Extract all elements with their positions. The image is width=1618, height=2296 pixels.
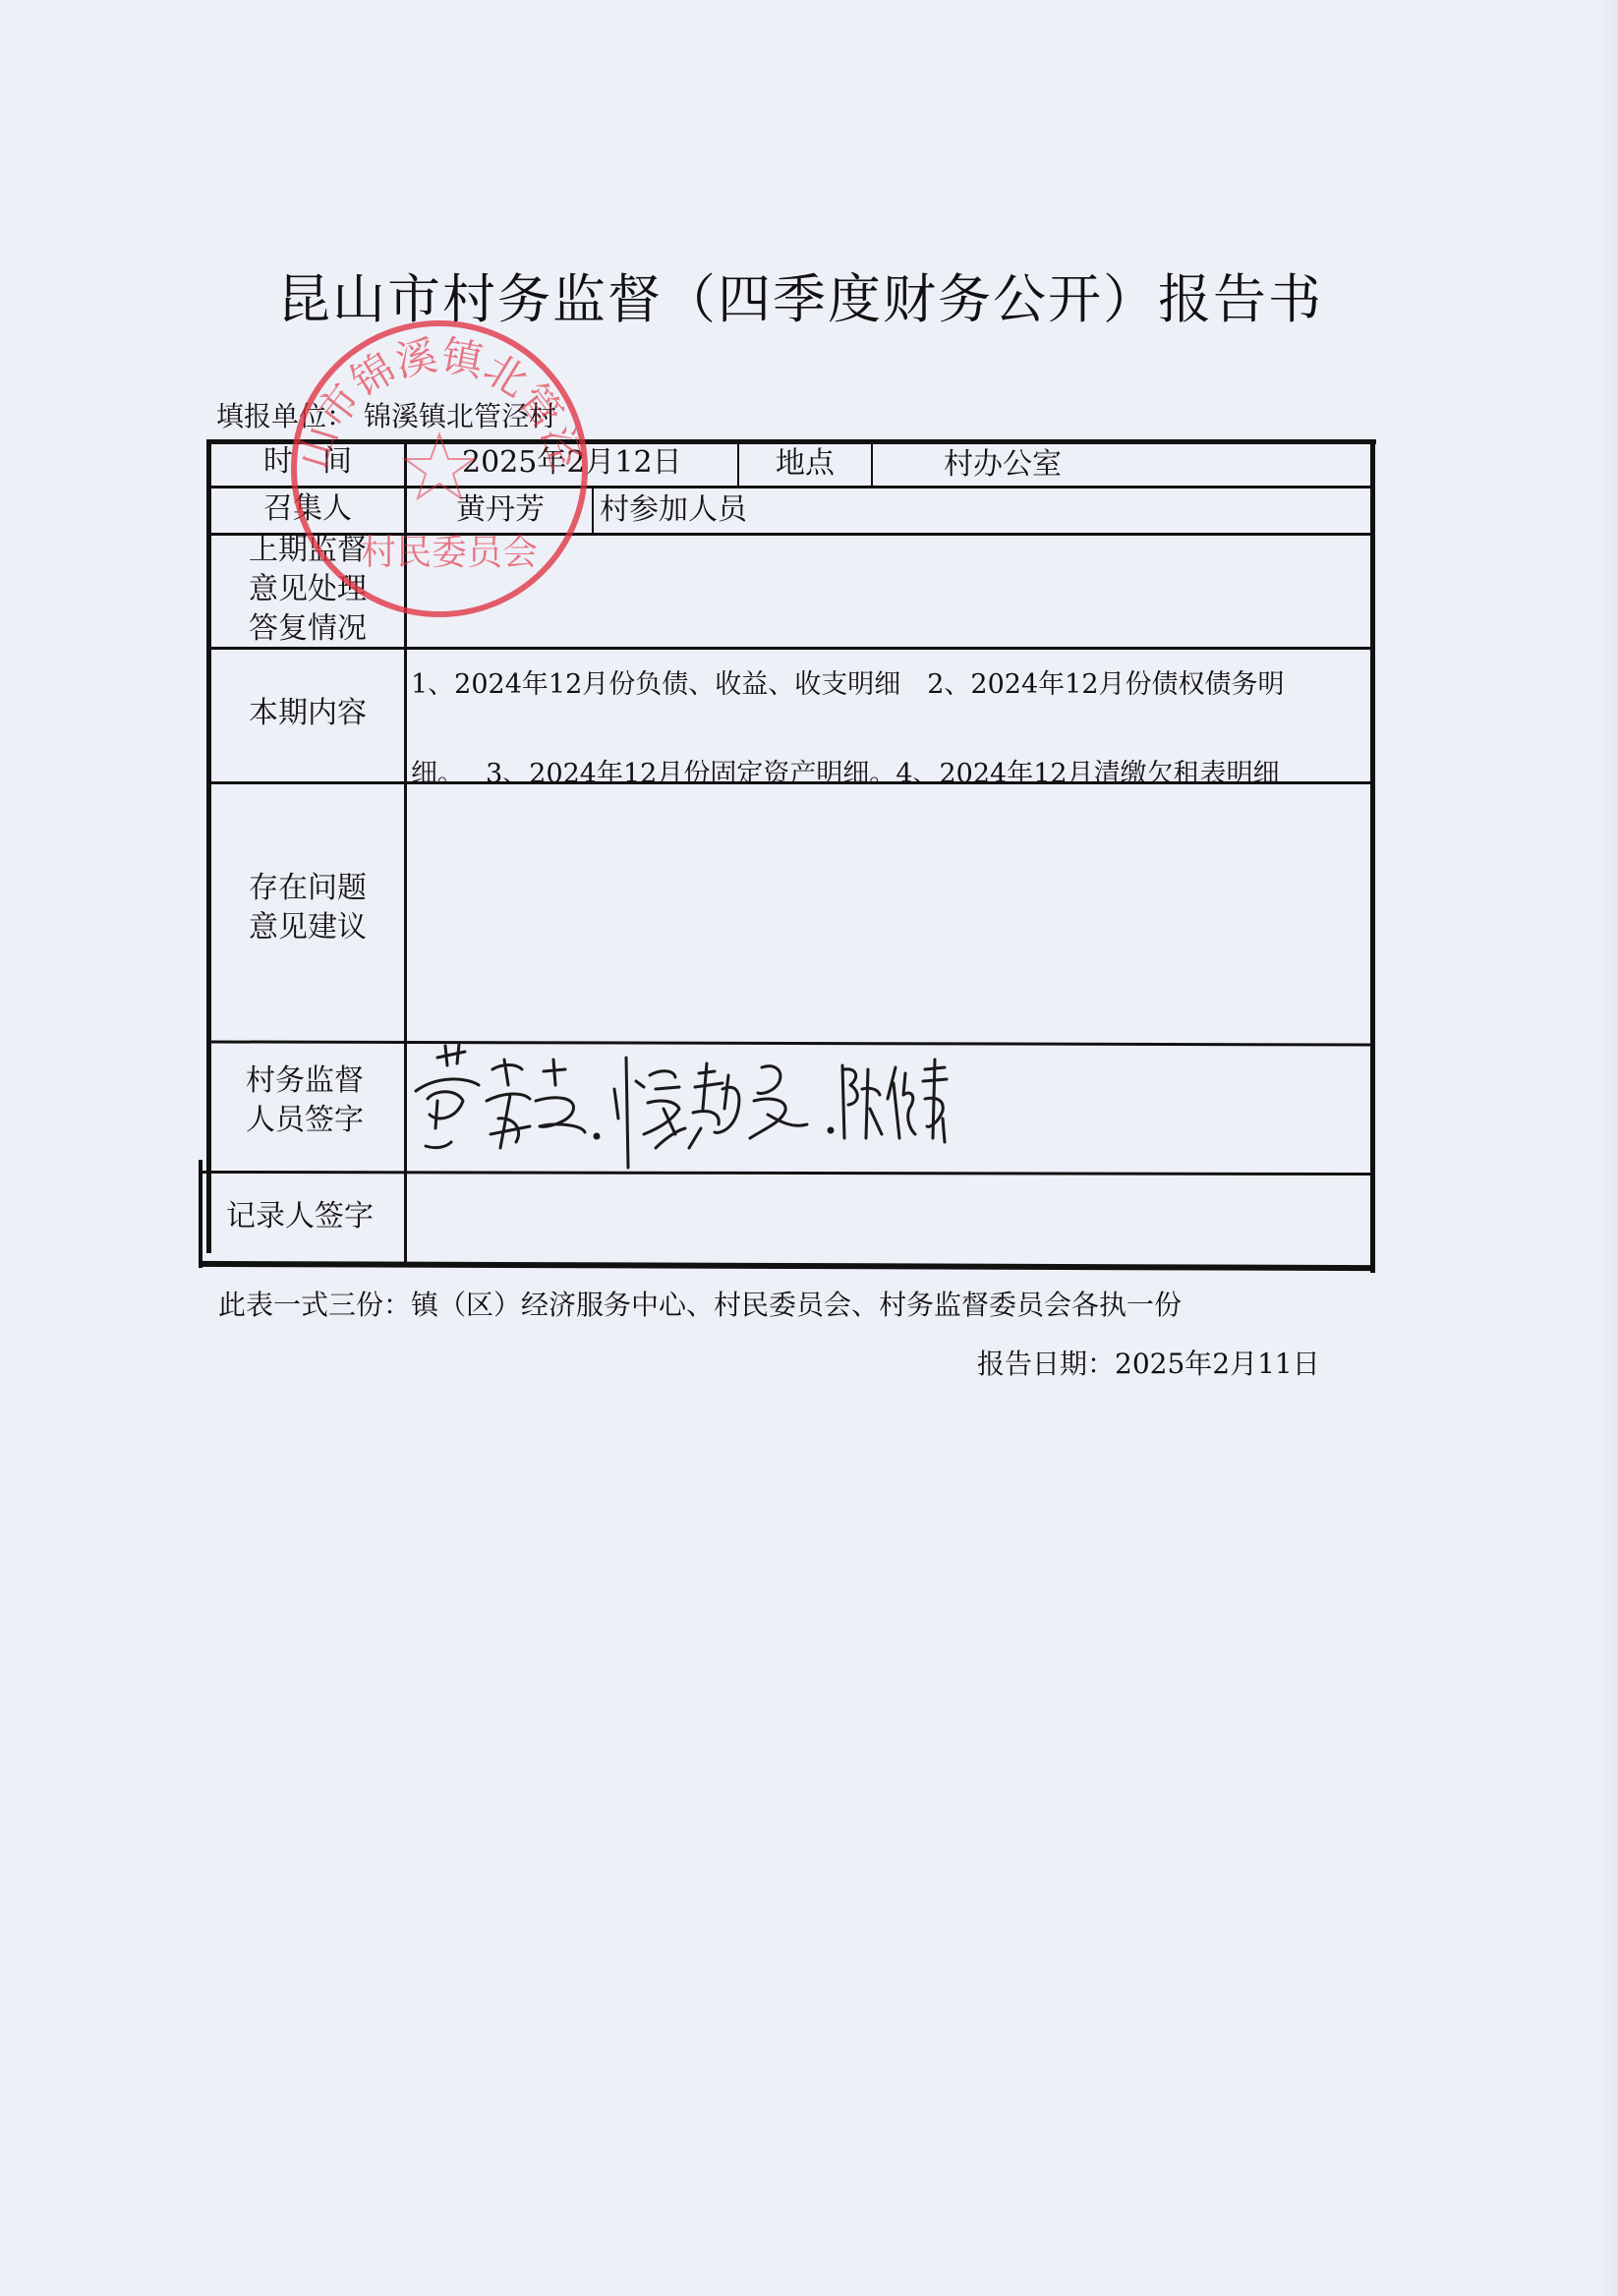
- copies-note: 此表一式三份：镇（区）经济服务中心、村民委员会、村务监督委员会各执一份: [218, 1284, 1182, 1323]
- table-border-right: [1370, 439, 1375, 1273]
- reporting-unit: 填报单位：锦溪镇北管泾村: [216, 395, 556, 434]
- reporting-unit-value: 锦溪镇北管泾村: [364, 400, 556, 432]
- content-line-2: 细。 3、2024年12月份固定资产明细。4、2024年12月清缴欠租表明细: [411, 752, 1280, 790]
- attendees-label: 村参加人员: [600, 495, 747, 525]
- issues-label-line-1: 存在问题: [211, 869, 404, 908]
- table-border-bottom: [199, 1261, 1375, 1271]
- supervisor-sign-label: 村务监督 人员签字: [208, 1062, 401, 1140]
- document-title: 昆山市村务监督（四季度财务公开）报告书: [277, 258, 1339, 333]
- supervisor-signatures: [408, 1040, 958, 1187]
- divider-convener-attendees: [592, 487, 594, 534]
- time-value: 2025年2月12日: [462, 448, 682, 478]
- reporting-unit-label: 填报单位：: [216, 400, 354, 432]
- prev-feedback-label-line-3: 答复情况: [211, 609, 404, 649]
- content-line-1: 1、2024年12月份负债、收益、收支明细 2、2024年12月份债权债务明: [411, 662, 1285, 701]
- issues-label: 存在问题 意见建议: [211, 869, 404, 947]
- supervisor-sign-label-line-2: 人员签字: [208, 1101, 401, 1140]
- convener-label: 召集人: [211, 489, 404, 529]
- prev-feedback-label-line-1: 上期监督: [211, 531, 404, 570]
- supervisor-sign-label-line-1: 村务监督: [208, 1062, 401, 1101]
- issues-label-line-2: 意见建议: [211, 908, 404, 947]
- scan-edge: [1600, 0, 1618, 2296]
- recorder-sign-label: 记录人签字: [202, 1197, 398, 1236]
- convener-value: 黄丹芳: [456, 495, 545, 525]
- place-label: 地点: [739, 444, 871, 484]
- content-label: 本期内容: [211, 694, 404, 733]
- row-line-1: [209, 486, 1373, 488]
- divider-place-value: [871, 439, 873, 487]
- prev-feedback-label-line-2: 意见处理: [211, 570, 404, 609]
- time-label: 时 间: [211, 442, 404, 482]
- report-date: 报告日期：2025年2月11日: [977, 1343, 1320, 1382]
- place-value: 村办公室: [944, 450, 1062, 480]
- prev-feedback-label: 上期监督 意见处理 答复情况: [211, 531, 404, 649]
- label-column-divider: [404, 439, 407, 1265]
